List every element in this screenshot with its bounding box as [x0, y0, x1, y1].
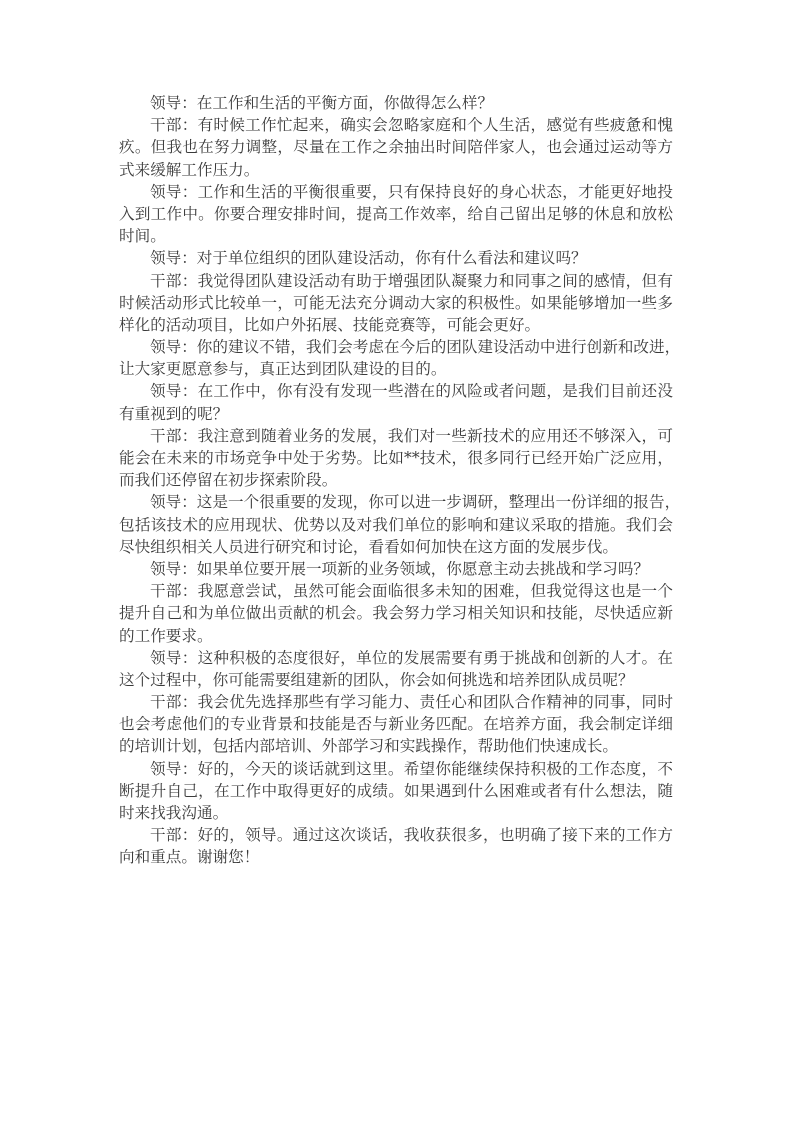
text-line: 干部：我愿意尝试，虽然可能会面临很多未知的困难，但我觉得这也是一个	[119, 580, 673, 602]
text-line: 领导：如果单位要开展一项新的业务领域，你愿意主动去挑战和学习吗？	[119, 558, 673, 580]
text-line: 领导：对于单位组织的团队建设活动，你有什么看法和建议吗？	[119, 247, 673, 269]
text-line: 这个过程中，你可能需要组建新的团队，你会如何挑选和培养团队成员呢？	[119, 669, 673, 691]
text-line: 领导：这是一个很重要的发现，你可以进一步调研，整理出一份详细的报告，	[119, 491, 673, 513]
text-line: 的工作要求。	[119, 625, 673, 647]
text-line: 提升自己和为单位做出贡献的机会。我会努力学习相关知识和技能，尽快适应新	[119, 602, 673, 624]
text-line: 干部：有时候工作忙起来，确实会忽略家庭和个人生活，感觉有些疲惫和愧	[119, 114, 673, 136]
text-line: 领导：工作和生活的平衡很重要，只有保持良好的身心状态，才能更好地投	[119, 181, 673, 203]
text-line: 式来缓解工作压力。	[119, 159, 673, 181]
text-line: 干部：我会优先选择那些有学习能力、责任心和团队合作精神的同事，同时	[119, 691, 673, 713]
paragraph-leader-4: 领导：你的建议不错，我们会考虑在今后的团队建设活动中进行创新和改进， 让大家更愿…	[119, 336, 673, 380]
text-line: 干部：我觉得团队建设活动有助于增强团队凝聚力和同事之间的感情，但有	[119, 270, 673, 292]
text-line: 尽快组织相关人员进行研究和讨论，看看如何加快在这方面的发展步伐。	[119, 536, 673, 558]
paragraph-leader-1: 领导：在工作和生活的平衡方面，你做得怎么样？	[119, 92, 673, 114]
paragraph-leader-2: 领导：工作和生活的平衡很重要，只有保持良好的身心状态，才能更好地投 入到工作中。…	[119, 181, 673, 248]
text-line: 领导：你的建议不错，我们会考虑在今后的团队建设活动中进行创新和改进，	[119, 336, 673, 358]
paragraph-cadre-5: 干部：我会优先选择那些有学习能力、责任心和团队合作精神的同事，同时 也会考虑他们…	[119, 691, 673, 758]
text-line: 干部：好的，领导。通过这次谈话，我收获很多，也明确了接下来的工作方	[119, 824, 673, 846]
text-line: 样化的活动项目，比如户外拓展、技能竞赛等，可能会更好。	[119, 314, 673, 336]
document-page: 领导：在工作和生活的平衡方面，你做得怎么样？ 干部：有时候工作忙起来，确实会忽略…	[119, 92, 673, 869]
paragraph-cadre-4: 干部：我愿意尝试，虽然可能会面临很多未知的困难，但我觉得这也是一个 提升自己和为…	[119, 580, 673, 647]
paragraph-cadre-1: 干部：有时候工作忙起来，确实会忽略家庭和个人生活，感觉有些疲惫和愧 疚。但我也在…	[119, 114, 673, 181]
paragraph-leader-6: 领导：这是一个很重要的发现，你可以进一步调研，整理出一份详细的报告， 包括该技术…	[119, 491, 673, 558]
paragraph-leader-3: 领导：对于单位组织的团队建设活动，你有什么看法和建议吗？	[119, 247, 673, 269]
text-line: 也会考虑他们的专业背景和技能是否与新业务匹配。在培养方面，我会制定详细	[119, 713, 673, 735]
text-line: 包括该技术的应用现状、优势以及对我们单位的影响和建议采取的措施。我们会	[119, 514, 673, 536]
paragraph-cadre-2: 干部：我觉得团队建设活动有助于增强团队凝聚力和同事之间的感情，但有 时候活动形式…	[119, 270, 673, 337]
text-line: 领导：好的，今天的谈话就到这里。希望你能继续保持积极的工作态度，不	[119, 758, 673, 780]
text-line: 领导：在工作和生活的平衡方面，你做得怎么样？	[119, 92, 673, 114]
text-line: 向和重点。谢谢您！	[119, 846, 673, 868]
text-line: 让大家更愿意参与，真正达到团队建设的目的。	[119, 358, 673, 380]
text-line: 时来找我沟通。	[119, 802, 673, 824]
text-line: 有重视到的呢？	[119, 403, 673, 425]
text-line: 而我们还停留在初步探索阶段。	[119, 469, 673, 491]
text-line: 领导：在工作中，你有没有发现一些潜在的风险或者问题，是我们目前还没	[119, 380, 673, 402]
text-line: 时间。	[119, 225, 673, 247]
text-line: 入到工作中。你要合理安排时间，提高工作效率，给自己留出足够的休息和放松	[119, 203, 673, 225]
paragraph-leader-9: 领导：好的，今天的谈话就到这里。希望你能继续保持积极的工作态度，不 断提升自己，…	[119, 758, 673, 825]
paragraph-cadre-6: 干部：好的，领导。通过这次谈话，我收获很多，也明确了接下来的工作方 向和重点。谢…	[119, 824, 673, 868]
text-line: 疚。但我也在努力调整，尽量在工作之余抽出时间陪伴家人，也会通过运动等方	[119, 136, 673, 158]
text-line: 时候活动形式比较单一，可能无法充分调动大家的积极性。如果能够增加一些多	[119, 292, 673, 314]
text-line: 的培训计划，包括内部培训、外部学习和实践操作，帮助他们快速成长。	[119, 735, 673, 757]
text-line: 能会在未来的市场竞争中处于劣势。比如**技术，很多同行已经开始广泛应用，	[119, 447, 673, 469]
text-line: 干部：我注意到随着业务的发展，我们对一些新技术的应用还不够深入，可	[119, 425, 673, 447]
text-line: 领导：这种积极的态度很好，单位的发展需要有勇于挑战和创新的人才。在	[119, 647, 673, 669]
paragraph-leader-8: 领导：这种积极的态度很好，单位的发展需要有勇于挑战和创新的人才。在 这个过程中，…	[119, 647, 673, 691]
paragraph-leader-7: 领导：如果单位要开展一项新的业务领域，你愿意主动去挑战和学习吗？	[119, 558, 673, 580]
text-line: 断提升自己，在工作中取得更好的成绩。如果遇到什么困难或者有什么想法，随	[119, 780, 673, 802]
paragraph-cadre-3: 干部：我注意到随着业务的发展，我们对一些新技术的应用还不够深入，可 能会在未来的…	[119, 425, 673, 492]
paragraph-leader-5: 领导：在工作中，你有没有发现一些潜在的风险或者问题，是我们目前还没 有重视到的呢…	[119, 380, 673, 424]
